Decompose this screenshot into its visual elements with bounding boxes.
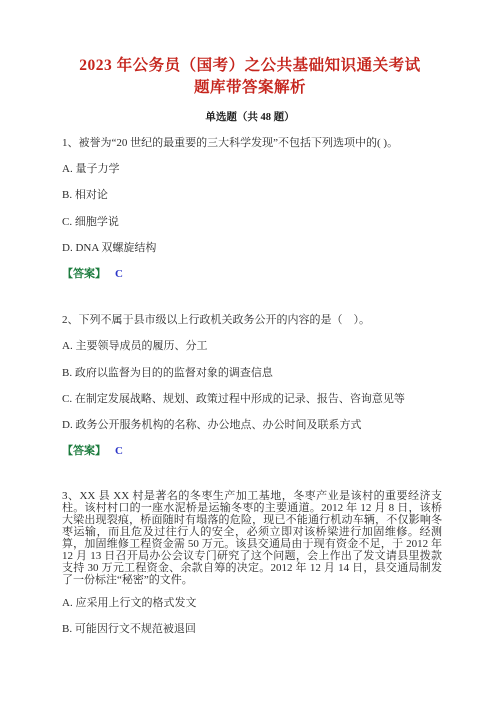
question-3-option-b: B. 可能因行文不规范被退回	[62, 623, 442, 635]
question-1-stem: 1、被誉为“20 世纪的最重要的三大科学发现”不包括下列选项中的( )。	[62, 137, 442, 149]
section-heading: 单选题（共 48 题）	[0, 112, 500, 124]
exam-document-page: 2023 年公务员（国考）之公共基础知识通关考试题库带答案解析 单选题（共 48…	[0, 0, 500, 707]
question-1-option-c: C. 细胞学说	[62, 216, 442, 228]
answer-value: C	[115, 445, 123, 457]
question-3-option-a: A. 应采用上行文的格式发文	[62, 597, 442, 609]
question-3: 3、XX 县 XX 村是著名的冬枣生产加工基地，冬枣产业是该村的重要经济支柱。该…	[62, 491, 442, 635]
questions-area: 1、被誉为“20 世纪的最重要的三大科学发现”不包括下列选项中的( )。 A. …	[0, 137, 500, 635]
answer-label: 【答案】	[62, 445, 106, 457]
question-1-option-a: A. 量子力学	[62, 163, 442, 175]
question-1-option-d: D. DNA 双螺旋结构	[62, 242, 442, 254]
answer-value: C	[115, 268, 123, 280]
question-2-answer-line: 【答案】C	[62, 445, 442, 457]
answer-label: 【答案】	[62, 268, 106, 280]
question-2: 2、下列不属于县市级以上行政机关政务公开的内容的是（ ）。 A. 主要领导成员的…	[62, 314, 442, 457]
question-2-option-b: B. 政府以监督为目的的监督对象的调查信息	[62, 367, 442, 379]
question-3-stem: 3、XX 县 XX 村是著名的冬枣生产加工基地，冬枣产业是该村的重要经济支柱。该…	[62, 491, 442, 586]
question-1: 1、被誉为“20 世纪的最重要的三大科学发现”不包括下列选项中的( )。 A. …	[62, 137, 442, 280]
question-2-option-a: A. 主要领导成员的履历、分工	[62, 340, 442, 352]
question-1-option-b: B. 相对论	[62, 189, 442, 201]
question-1-answer-line: 【答案】C	[62, 268, 442, 280]
page-title: 2023 年公务员（国考）之公共基础知识通关考试题库带答案解析	[74, 0, 426, 99]
question-2-option-d: D. 政务公开服务机构的名称、办公地点、办公时间及联系方式	[62, 419, 442, 431]
question-2-stem: 2、下列不属于县市级以上行政机关政务公开的内容的是（ ）。	[62, 314, 442, 326]
question-2-option-c: C. 在制定发展战略、规划、政策过程中形成的记录、报告、咨询意见等	[62, 393, 442, 405]
